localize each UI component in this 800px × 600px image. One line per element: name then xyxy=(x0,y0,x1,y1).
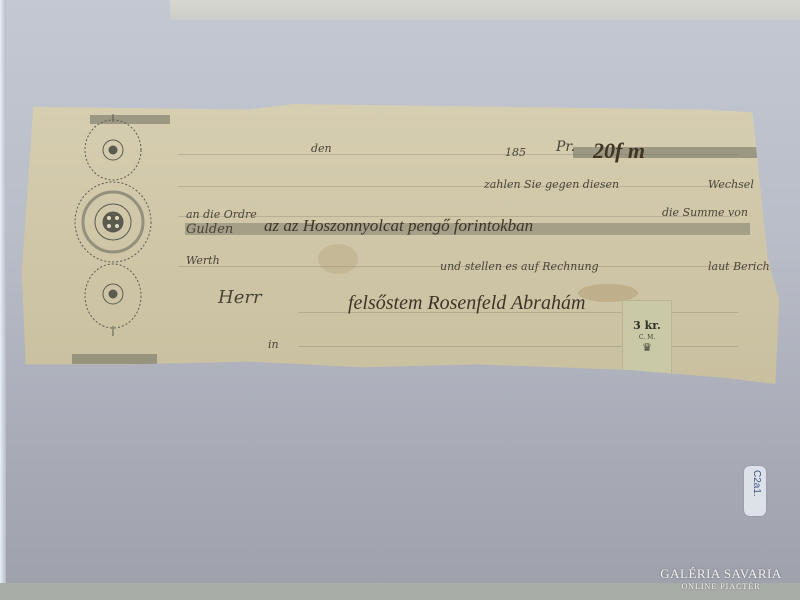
label-und-stellen: und stellen es auf Rechnung xyxy=(440,260,599,273)
label-gulden: Gulden xyxy=(186,222,233,237)
label-wechsel: Wechsel xyxy=(708,178,754,191)
label-herr: Herr xyxy=(218,287,262,308)
label-bericht: laut Bericht xyxy=(708,260,774,273)
handwritten-amount-words: az az Hoszonnyolcat pengő forintokban xyxy=(264,216,533,236)
handwritten-drawee: felsőstem Rosenfeld Abrahám xyxy=(348,292,585,315)
label-pr: Pr. xyxy=(556,139,575,155)
label-an-die-ordre: an die Ordre xyxy=(186,208,257,221)
label-zahlen: zahlen Sie gegen diesen xyxy=(484,178,619,191)
watermark-subtitle: ONLINE PIACTÉR xyxy=(646,582,796,591)
bill-of-exchange: den 185 Pr. zahlen Sie gegen diesen Wech… xyxy=(18,104,783,384)
tax-stamp: 3 kr. C. M. ♛ xyxy=(622,300,672,382)
watermark-title: GALÉRIA SAVARIA xyxy=(646,566,796,582)
handwritten-amount: 20f m xyxy=(593,138,645,164)
bottom-left-band xyxy=(72,354,157,364)
watermark: GALÉRIA SAVARIA ONLINE PIACTÉR xyxy=(646,566,796,591)
label-werth: Werth xyxy=(186,254,220,267)
label-year: 185 xyxy=(505,146,526,159)
ornament-icon xyxy=(68,110,158,338)
eagle-icon: ♛ xyxy=(623,341,671,354)
inventory-label: C2a1. xyxy=(744,466,766,516)
stamp-currency: C. M. xyxy=(623,334,671,341)
label-den: den xyxy=(311,142,332,155)
label-in: in xyxy=(268,338,279,351)
stamp-value: 3 kr. xyxy=(623,319,671,332)
inventory-label-text: C2a1. xyxy=(751,470,762,520)
label-die-summe-von: die Summe von xyxy=(662,206,748,219)
plastic-sleeve-top xyxy=(170,0,800,20)
plastic-sleeve-edge xyxy=(0,0,6,600)
